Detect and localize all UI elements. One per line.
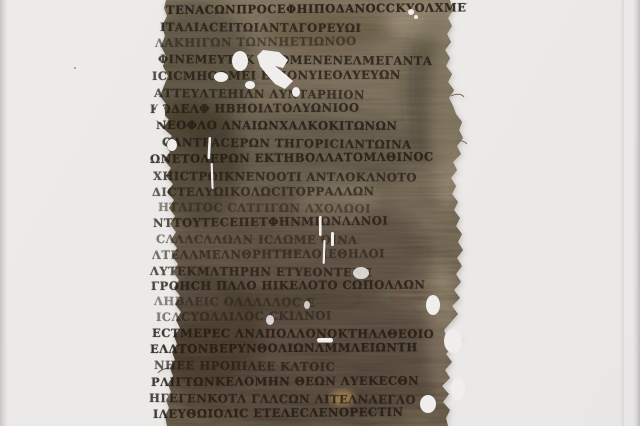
- manuscript-line: ΛΗΒΛΕΙC ΟΛΛΛΛΛΟC Ε: [154, 294, 315, 309]
- manuscript-line: CΛΛΛCΛΛΩΛΝ ΙCΛΩΜΕ ΟΙΝΛ: [156, 232, 358, 247]
- manuscript-line: ΛΤΕΛΛΜΕΛΝΘΡΗΤΗΕΛΟΙΕΘΗΛΟΙ: [152, 246, 385, 262]
- manuscript-line: ΓΡΟΗCΗ ΠΛΛΟ ΗΙΚΕΛΟΤΟ CΩΠΟΛΛΩΝ: [151, 278, 425, 293]
- manuscript-line: ΛΑΚΗΙΓΩΝ ΤΩΝΝΗΕΤΙΩΝΟΟ: [155, 34, 357, 50]
- manuscript-line: ΕCΤΜΕΡΕC ΛΝΑΠΟΛΛΟΝΟΚΤΗΛΛΘΕΟΙΟ: [152, 326, 434, 341]
- manuscript-line: ΚΩΔΕΛΦ ΗΒΗΟΙΛΤΟΛΥΩΝΙΟΟ: [150, 101, 360, 116]
- manuscript-line: ΙΤΑΛΙΑCΕΙΤΩΙΑΝΤΑΓΟΡΕΥΩΙ: [160, 20, 361, 35]
- manuscript-line: ΡΛΙΓΤΩΝΚΕΛΟΜΗΝ ΘΕΩΝ ΛΥΕΚΕCΘΝ: [151, 374, 419, 389]
- background-seam: [620, 0, 624, 426]
- photo-stage: ΤΕΝΑCΩΝΠΡΟCΕΦΗΙΠΟΔΑΝΟCCΚΥΟΛΧΜΕΥC ΙΤΑΛΙΑC…: [0, 0, 640, 426]
- manuscript-line: ΕΛΛΤΟΝΒΕΡΥΝΘΟΛΙΩΝΛΜΜΛΕΙΩΝΤΗ: [150, 340, 418, 356]
- manuscript-line: ΝΗΕΕ ΗΡΟΠΙΛΕΕ ΚΛΤΟΙC: [154, 358, 335, 374]
- manuscript-line: ΧΗΙCΤΡΩΙΚΝΕΝΟΟΤΙ ΑΝΤΛΟΚΛΝΟΤΟ: [153, 169, 417, 184]
- manuscript-line: ΦΙΝΕΜΕΥΤΕΚ ΗΓΟΜΕΝΕΝΕΛΜΕΓΑΝΤΑ: [158, 52, 432, 68]
- manuscript-line: ΝΕΟΦΛΟ ΛΝΑΙΩΝΧΑΛΚΟΚΙΤΩΝΩΝ: [156, 118, 398, 133]
- dust-speck: [74, 67, 76, 69]
- manuscript-line: ΙCΛCΥΩΛΛΙΛΟC CΚΙΛΝΟΙ: [156, 308, 332, 324]
- manuscript-line: ΙΛΕΥΘΩΙΟΛΙC ΕΤΕΛΕCΛΕΝΟΡΕCΤΙΝ: [153, 405, 404, 421]
- manuscript-line: ΤΕΝΑCΩΝΠΡΟCΕΦΗΙΠΟΔΑΝΟCCΚΥΟΛΧΜΕΥC: [166, 0, 467, 17]
- manuscript-line: ΔΙCΤΕΛΥΩΙΚΟΛΩCΙΤΟΡΡΑΛΛΩΝ: [152, 184, 375, 199]
- right-edge-shadow: [633, 0, 640, 426]
- left-edge-shadow: [0, 0, 8, 426]
- papyrus-fragment: ΤΕΝΑCΩΝΠΡΟCΕΦΗΙΠΟΔΑΝΟCCΚΥΟΛΧΜΕΥC ΙΤΑΛΙΑC…: [147, 0, 467, 426]
- manuscript-line: ΑΤΤΕΥΛΤΕΗΙΛΝ ΛΥΝΤΑΡΗΙΟΝ: [154, 86, 365, 102]
- manuscript-line: ΙCΙCΜΗCΩΜΕΙ ΕΨΙΟΝΥΙΕΟΛΥΕΥΩΝ: [152, 68, 401, 83]
- manuscript-line: ΩΝΕΤΟΛΕΡΩΝ ΕΚΤΗΒΟΛΛΑΤΟΜΛΘΙΝΟC: [150, 150, 434, 166]
- manuscript-line: ΝΤΤΟΥΤΕCΕΠΕΤΦΗΝΜΙΩΝΛΛΝΟΙ: [153, 214, 388, 230]
- manuscript-text: ΤΕΝΑCΩΝΠΡΟCΕΦΗΙΠΟΔΑΝΟCCΚΥΟΛΧΜΕΥC ΙΤΑΛΙΑC…: [147, 0, 467, 426]
